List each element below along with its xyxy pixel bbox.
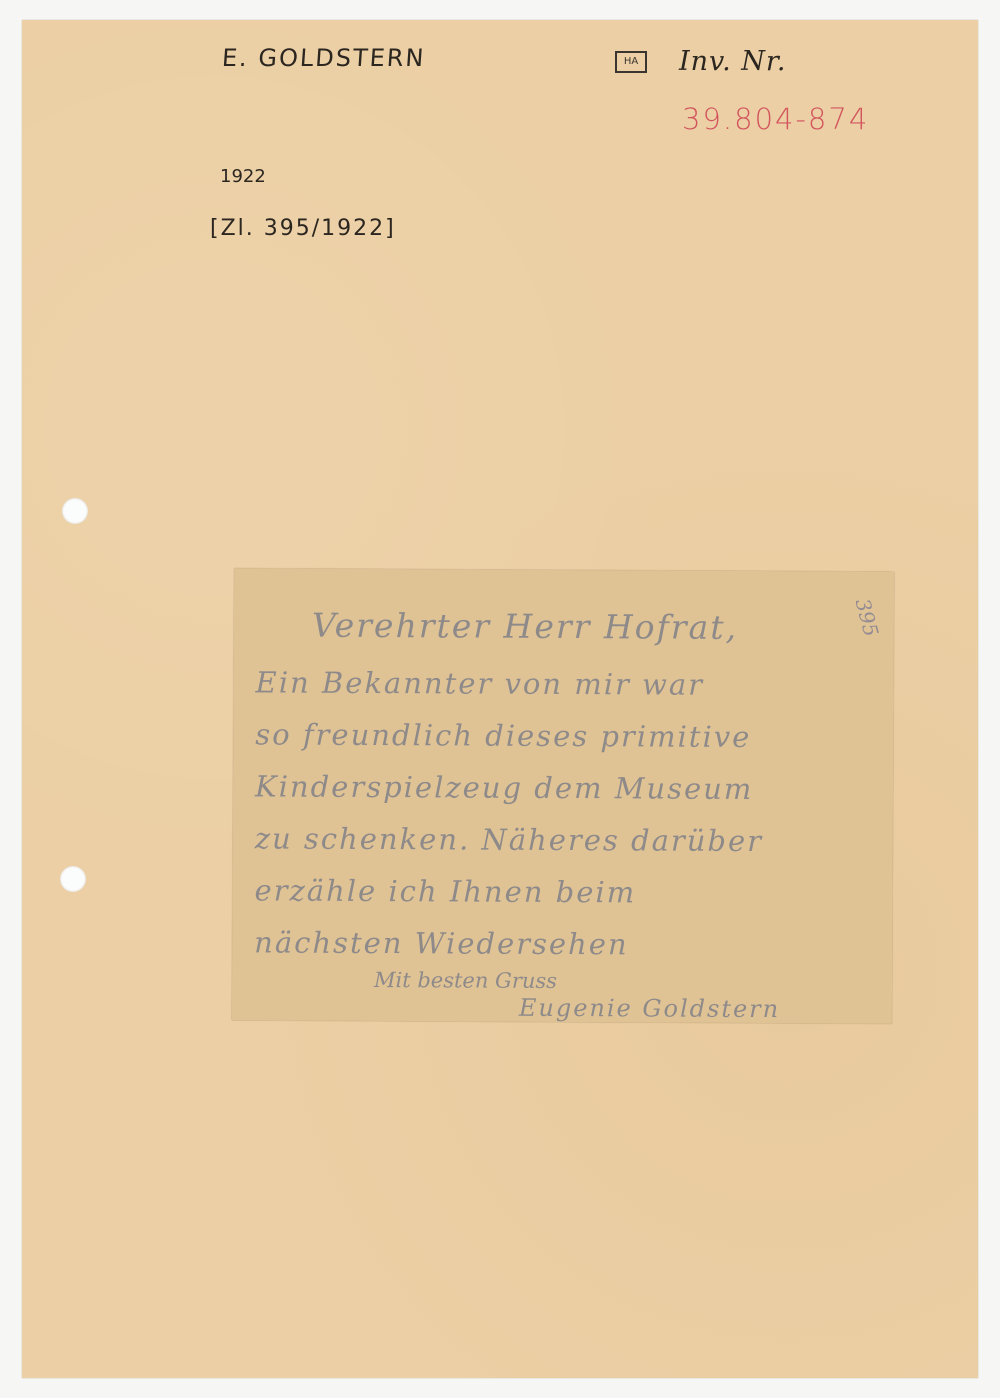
punch-hole-bottom (60, 866, 86, 892)
letter-line: zu schenken. Näheres darüber (255, 812, 885, 867)
reference-number: [Zl. 395/1922] (210, 216, 396, 241)
author-name-header: E. GOLDSTERN (221, 44, 426, 72)
scanned-document: E. GOLDSTERN HA Inv. Nr. 39.804-874 1922… (0, 0, 1000, 1398)
inventory-number: 39.804-874 (682, 102, 869, 136)
letter-signature: Eugenie Goldstern (254, 992, 884, 1023)
letter-closing: Mit besten Gruss (254, 966, 884, 995)
letter-line: nächsten Wiedersehen (254, 916, 884, 971)
letter-line: erzähle ich Ihnen beim (254, 864, 884, 919)
year-note: 1922 (220, 166, 266, 187)
letter-line: Kinderspielzeug dem Museum (255, 760, 885, 815)
punch-hole-top (62, 498, 88, 524)
inventory-label: Inv. Nr. (679, 46, 786, 77)
letter-text: Verehrter Herr Hofrat, Ein Bekannter von… (254, 594, 886, 1023)
letter-line: so freundlich dieses primitive (255, 708, 885, 763)
handwritten-card: 395 Verehrter Herr Hofrat, Ein Bekannter… (232, 568, 894, 1023)
letter-line: Ein Bekannter von mir war (255, 656, 885, 711)
archive-sheet: E. GOLDSTERN HA Inv. Nr. 39.804-874 1922… (22, 20, 978, 1378)
letter-salutation: Verehrter Herr Hofrat, (256, 594, 886, 659)
ha-stamp: HA (615, 51, 647, 73)
